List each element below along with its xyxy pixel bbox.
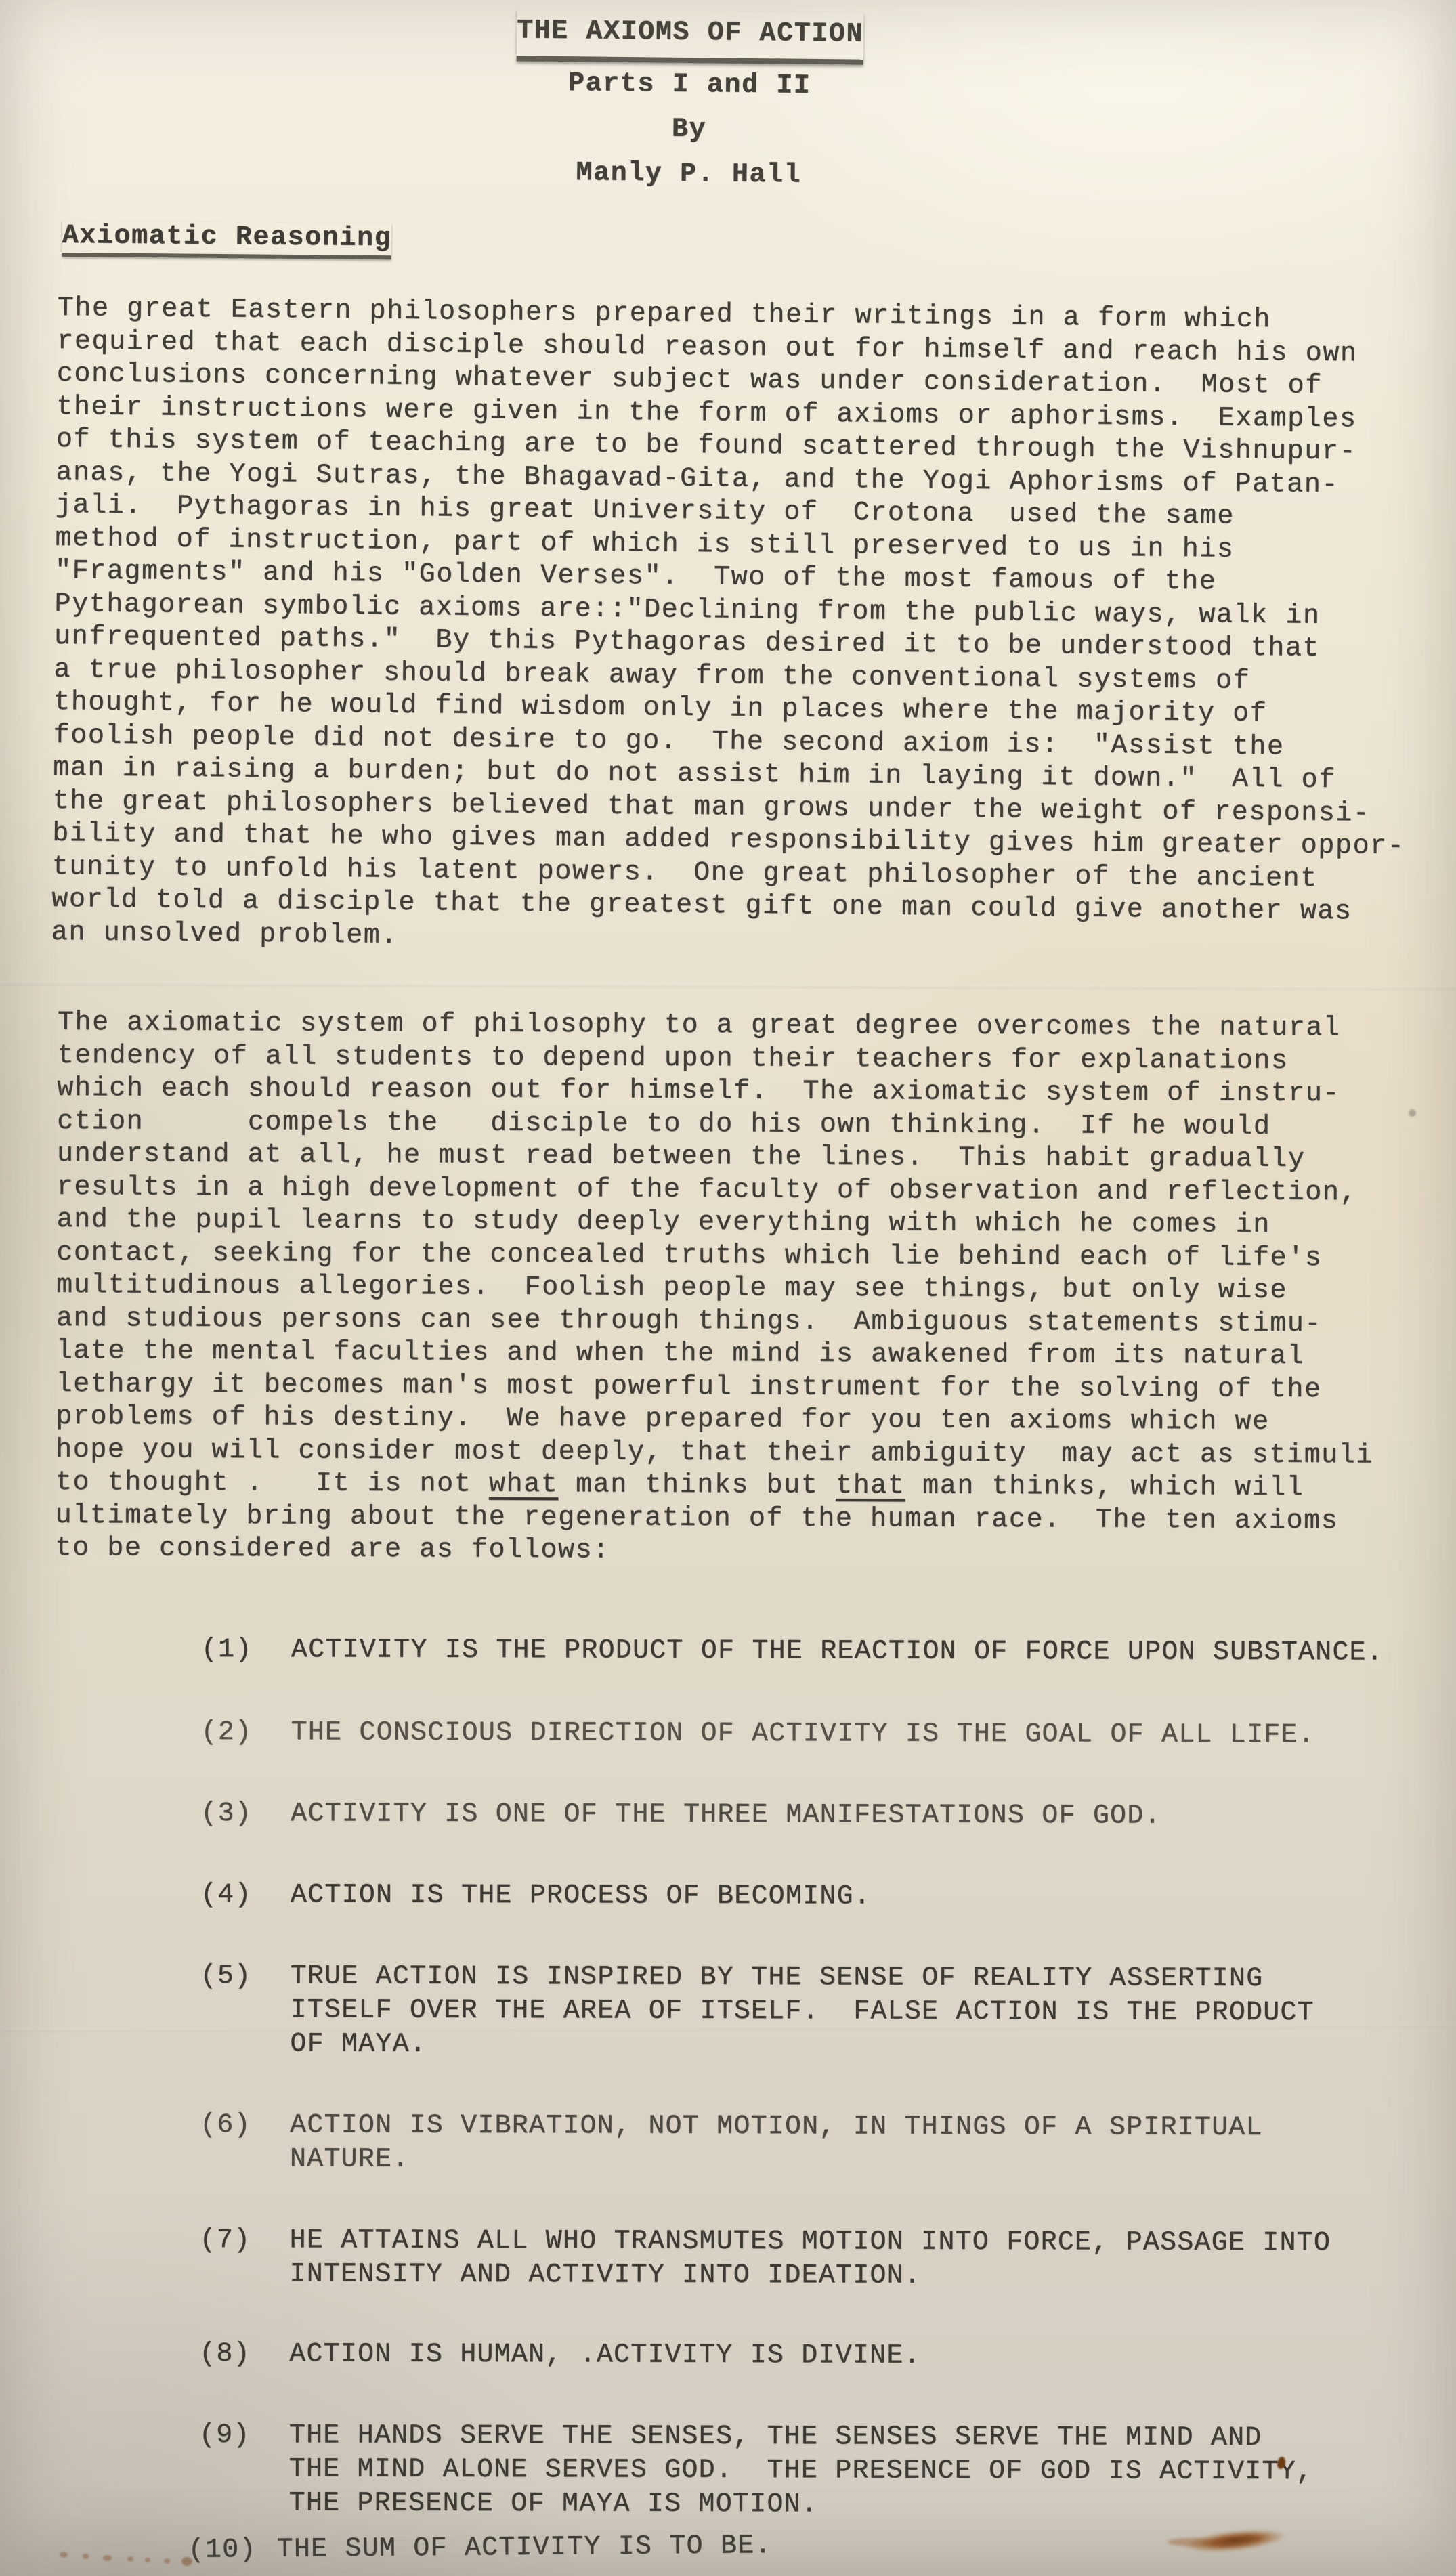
section-heading: Axiomatic Reasoning	[62, 221, 392, 259]
axiom-item-6: (6) ACTION IS VIBRATION, NOT MOTION, IN …	[200, 2109, 1432, 2180]
paragraph-2: The axiomatic system of philosophy to a …	[55, 1007, 1453, 1571]
rust-dot	[83, 2554, 89, 2559]
axiom-text: ACTION IS VIBRATION, NOT MOTION, IN THIN…	[290, 2109, 1263, 2179]
page-title-text: THE AXIOMS OF ACTION	[517, 9, 864, 64]
axiom-number: (4)	[200, 1879, 291, 1912]
axiom-item-7: (7) HE ATTAINS ALL WHO TRANSMUTES MOTION…	[199, 2224, 1432, 2295]
axiom-item-8: (8) ACTION IS HUMAN, .ACTIVITY IS DIVINE…	[199, 2338, 1432, 2375]
axiom-number: (10)	[188, 2533, 277, 2568]
paragraph-2-part-2: man thinks but	[558, 1469, 836, 1501]
rust-dot	[60, 2552, 68, 2558]
axiom-text: ACTIVITY IS THE PRODUCT OF THE REACTION …	[291, 1633, 1384, 1670]
axiom-number: (3)	[200, 1797, 291, 1831]
axiom-text: HE ATTAINS ALL WHO TRANSMUTES MOTION INT…	[289, 2224, 1331, 2294]
underlined-word-that: that	[836, 1471, 905, 1501]
axiom-list: (1) ACTIVITY IS THE PRODUCT OF THE REACT…	[198, 1633, 1434, 2571]
axiom-item-10: (10) THE SUM OF ACTIVITY IS TO BE.	[188, 2525, 1432, 2568]
axiom-number: (8)	[199, 2338, 289, 2371]
axiom-text: THE SUM OF ACTIVITY IS TO BE.	[277, 2529, 772, 2567]
axiom-item-9: (9) THE HANDS SERVE THE SENSES, THE SENS…	[199, 2419, 1432, 2524]
axiom-text: ACTION IS THE PROCESS OF BECOMING.	[291, 1879, 871, 1914]
axiom-item-3: (3) ACTIVITY IS ONE OF THE THREE MANIFES…	[200, 1797, 1433, 1834]
section-heading-text: Axiomatic Reasoning	[62, 221, 392, 259]
axiom-number: (5)	[200, 1960, 291, 1994]
rust-dot	[103, 2555, 112, 2561]
axiom-text: THE CONSCIOUS DIRECTION OF ACTIVITY IS T…	[291, 1716, 1315, 1753]
axiom-number: (9)	[199, 2419, 289, 2453]
axiom-item-5: (5) TRUE ACTION IS INSPIRED BY THE SENSE…	[200, 1960, 1432, 2065]
paragraph-2-part-1: The axiomatic system of philosophy to a …	[56, 1008, 1373, 1500]
axiom-number: (1)	[201, 1633, 291, 1667]
scanned-typewritten-page: { "document": { "title": "THE AXIOMS OF …	[0, 0, 1456, 2576]
axiom-item-1: (1) ACTIVITY IS THE PRODUCT OF THE REACT…	[201, 1633, 1434, 1671]
axiom-number: (6)	[200, 2109, 290, 2143]
axiom-text: ACTION IS HUMAN, .ACTIVITY IS DIVINE.	[289, 2338, 921, 2373]
underlined-word-what: what	[489, 1469, 559, 1500]
axiom-text: TRUE ACTION IS INSPIRED BY THE SENSE OF …	[290, 1960, 1314, 2064]
rust-dot	[127, 2556, 133, 2562]
axiom-number: (2)	[201, 1716, 291, 1750]
axiom-item-2: (2) THE CONSCIOUS DIRECTION OF ACTIVITY …	[201, 1716, 1434, 1753]
axiom-item-4: (4) ACTION IS THE PROCESS OF BECOMING.	[200, 1879, 1433, 1916]
title-block: THE AXIOMS OF ACTION Parts I and II By M…	[0, 3, 1418, 205]
axiom-number: (7)	[200, 2224, 290, 2258]
rust-dot	[145, 2558, 150, 2562]
paper-fold-crease	[0, 981, 1456, 991]
axiom-text: ACTIVITY IS ONE OF THE THREE MANIFESTATI…	[291, 1797, 1161, 1833]
paragraph-1: The great Eastern philosophers prepared …	[51, 293, 1453, 963]
rust-dot	[164, 2558, 170, 2564]
axiom-text: THE HANDS SERVE THE SENSES, THE SENSES S…	[289, 2419, 1314, 2523]
